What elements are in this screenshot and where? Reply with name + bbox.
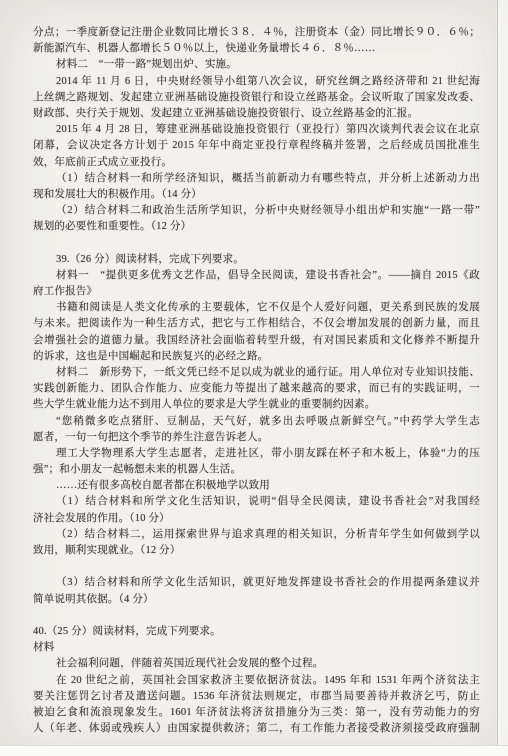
text-line: 济社会发展的作用。（10 分） <box>33 511 480 527</box>
text-line: “您稍微多吃点猪肝、豆制品，天气好，就多出去呼吸点新鲜空气。”中药学大学生志 <box>33 414 480 430</box>
text-line: 在 20 世纪之前，英国社会国家救济主要依据济贫法。1495 年和 1531 年… <box>33 673 480 689</box>
text-line: 致用，顺利实现就业。（12 分） <box>33 543 480 559</box>
text-line: 材料 <box>33 640 480 656</box>
text-line: 些大学生就业能力达不到用人单位的要求是大学生就业的重要制约因素。 <box>33 397 480 413</box>
scan-right-margin <box>498 0 508 756</box>
text-line: 社会福利问题，伴随着英国近现代社会发展的整个过程。 <box>33 656 480 672</box>
scan-right-edge-line <box>497 0 498 756</box>
text-line: 材料二 “一带一路”规划出炉、实施。 <box>33 57 480 73</box>
text-line: 的诉求，这也是中国崛起和民族复兴的必经之路。 <box>33 349 480 365</box>
text-line: 财政部、央行关于规划、发起建立亚洲基础设施投资银行、设立丝路基金的汇报。 <box>33 106 480 122</box>
text-line: 上丝绸之路规划、发起建立亚洲基础设施投资银行和设立丝路基金。会议听取了国家发改委… <box>33 90 480 106</box>
text-line: 强”；和小朋友一起畅想未来的机器人生活。 <box>33 462 480 478</box>
text-line: 实践创新能力、团队合作能力、应变能力等提出了越来越高的要求，而已有的实践证明，一 <box>33 381 480 397</box>
exam-text-column: 分点；一季度新登记注册企业数同比增长３８．４％，注册资本（金）同比增长９０．６％… <box>33 25 480 737</box>
text-line: 40.（25 分）阅读材料，完成下列要求。 <box>33 624 480 640</box>
scanned-exam-page: 分点；一季度新登记注册企业数同比增长３８．４％，注册资本（金）同比增长９０．６％… <box>0 0 508 756</box>
text-line: 分点；一季度新登记注册企业数同比增长３８．４％，注册资本（金）同比增长９０．６％… <box>33 25 480 41</box>
text-line: 效，年底前正式成立亚投行。 <box>33 155 480 171</box>
text-line: 材料二 新形势下，一纸文凭已经不足以成为就业的通行证。用人单位对专业知识技能、 <box>33 365 480 381</box>
text-line: 与未来。把阅读作为一种生活方式，把它与工作相结合，不仅会增加发展的创新力量，而且 <box>33 316 480 332</box>
text-line: 会增强社会的道德力量。我国经济社会面临着转型升级，有对国民素质和文化修养不断提升 <box>33 333 480 349</box>
text-line: ……还有很多高校自愿者都在积极地学以致用 <box>33 478 480 494</box>
text-line: 新能源汽车、机器人都增长５０％以上，快递业务量增长４６．８％…… <box>33 41 480 57</box>
text-line: 39.（26 分）阅读材料，完成下列要求。 <box>33 252 480 268</box>
text-line: 理工大学物理系大学生志愿者，走进社区，带小朋友踩在杯子和木板上，体验“力的压 <box>33 446 480 462</box>
scan-bottom-edge <box>0 745 508 756</box>
text-line: 2015 年 4 月 28 日，筹建亚洲基础设施投资银行（亚投行）第四次谈判代表… <box>33 122 480 138</box>
text-line: 闭幕，会议决定各方计划于 2015 年年中商定亚投行章程终稿并签署，之后经成员国… <box>33 138 480 154</box>
text-line: （1）结合材料和所学文化生活知识，说明“倡导全民阅读，建设书香社会”对我国经 <box>33 494 480 510</box>
text-line: （1）结合材料一和所学经济知识，概括当前新动力有哪些特点，并分析上述新动力出 <box>33 171 480 187</box>
question-40-block: 40.（25 分）阅读材料，完成下列要求。材料社会福利问题，伴随着英国近现代社会… <box>33 624 480 737</box>
text-line: 简单说明其依据。（4 分） <box>33 592 480 608</box>
text-line: （2）结合材料二，运用探索世界与追求真理的相关知识，分析青年学生如何做到学以 <box>33 527 480 543</box>
text-line: 现和发展壮大的积极作用。（14 分） <box>33 187 480 203</box>
text-line: 人（年老、体弱或残疾人）由国家提供救济；第二，有工作能力者接受救济须接受政府强制 <box>33 721 480 737</box>
question-39-part3: （3）结合材料和所学文化生活知识，就更好地发挥建设书香社会的作用提两条建议并简单… <box>33 575 480 607</box>
text-line: 府工作报告》 <box>33 284 480 300</box>
text-line: 2014 年 11 月 6 日，中央财经领导小组第八次会议，研究丝绸之路经济带和… <box>33 74 480 90</box>
text-line: 材料一 “提供更多优秀文艺作品，倡导全民阅读，建设书香社会”。——摘自 2015… <box>33 268 480 284</box>
text-line: 书籍和阅读是人类文化传承的主要载体，它不仅是个人爱好问题，更关系到民族的发展 <box>33 300 480 316</box>
question-39-block: 39.（26 分）阅读材料，完成下列要求。材料一 “提供更多优秀文艺作品，倡导全… <box>33 252 480 560</box>
question-38-continuation: 分点；一季度新登记注册企业数同比增长３８．４％，注册资本（金）同比增长９０．６％… <box>33 25 480 235</box>
text-line: （2）结合材料二和政治生活所学知识，分析中央财经领导小组出炉和实施“一路一带” <box>33 203 480 219</box>
text-line: （3）结合材料和所学文化生活知识，就更好地发挥建设书香社会的作用提两条建议并 <box>33 575 480 591</box>
text-line: 规划的必要性和重要性。（12 分） <box>33 219 480 235</box>
text-line: 要关注惩罚乞讨者及遣送问题。1536 年济贫法则规定，市郡当局要善待并救济乞丐，… <box>33 689 480 705</box>
text-line: 被迫乞食和流浪现象发生。1601 年济贫法将济贫措施分为三类：第一，没有劳动能力… <box>33 705 480 721</box>
text-line: 愿者，一句一句把这个季节的养生注意告诉老人。 <box>33 430 480 446</box>
